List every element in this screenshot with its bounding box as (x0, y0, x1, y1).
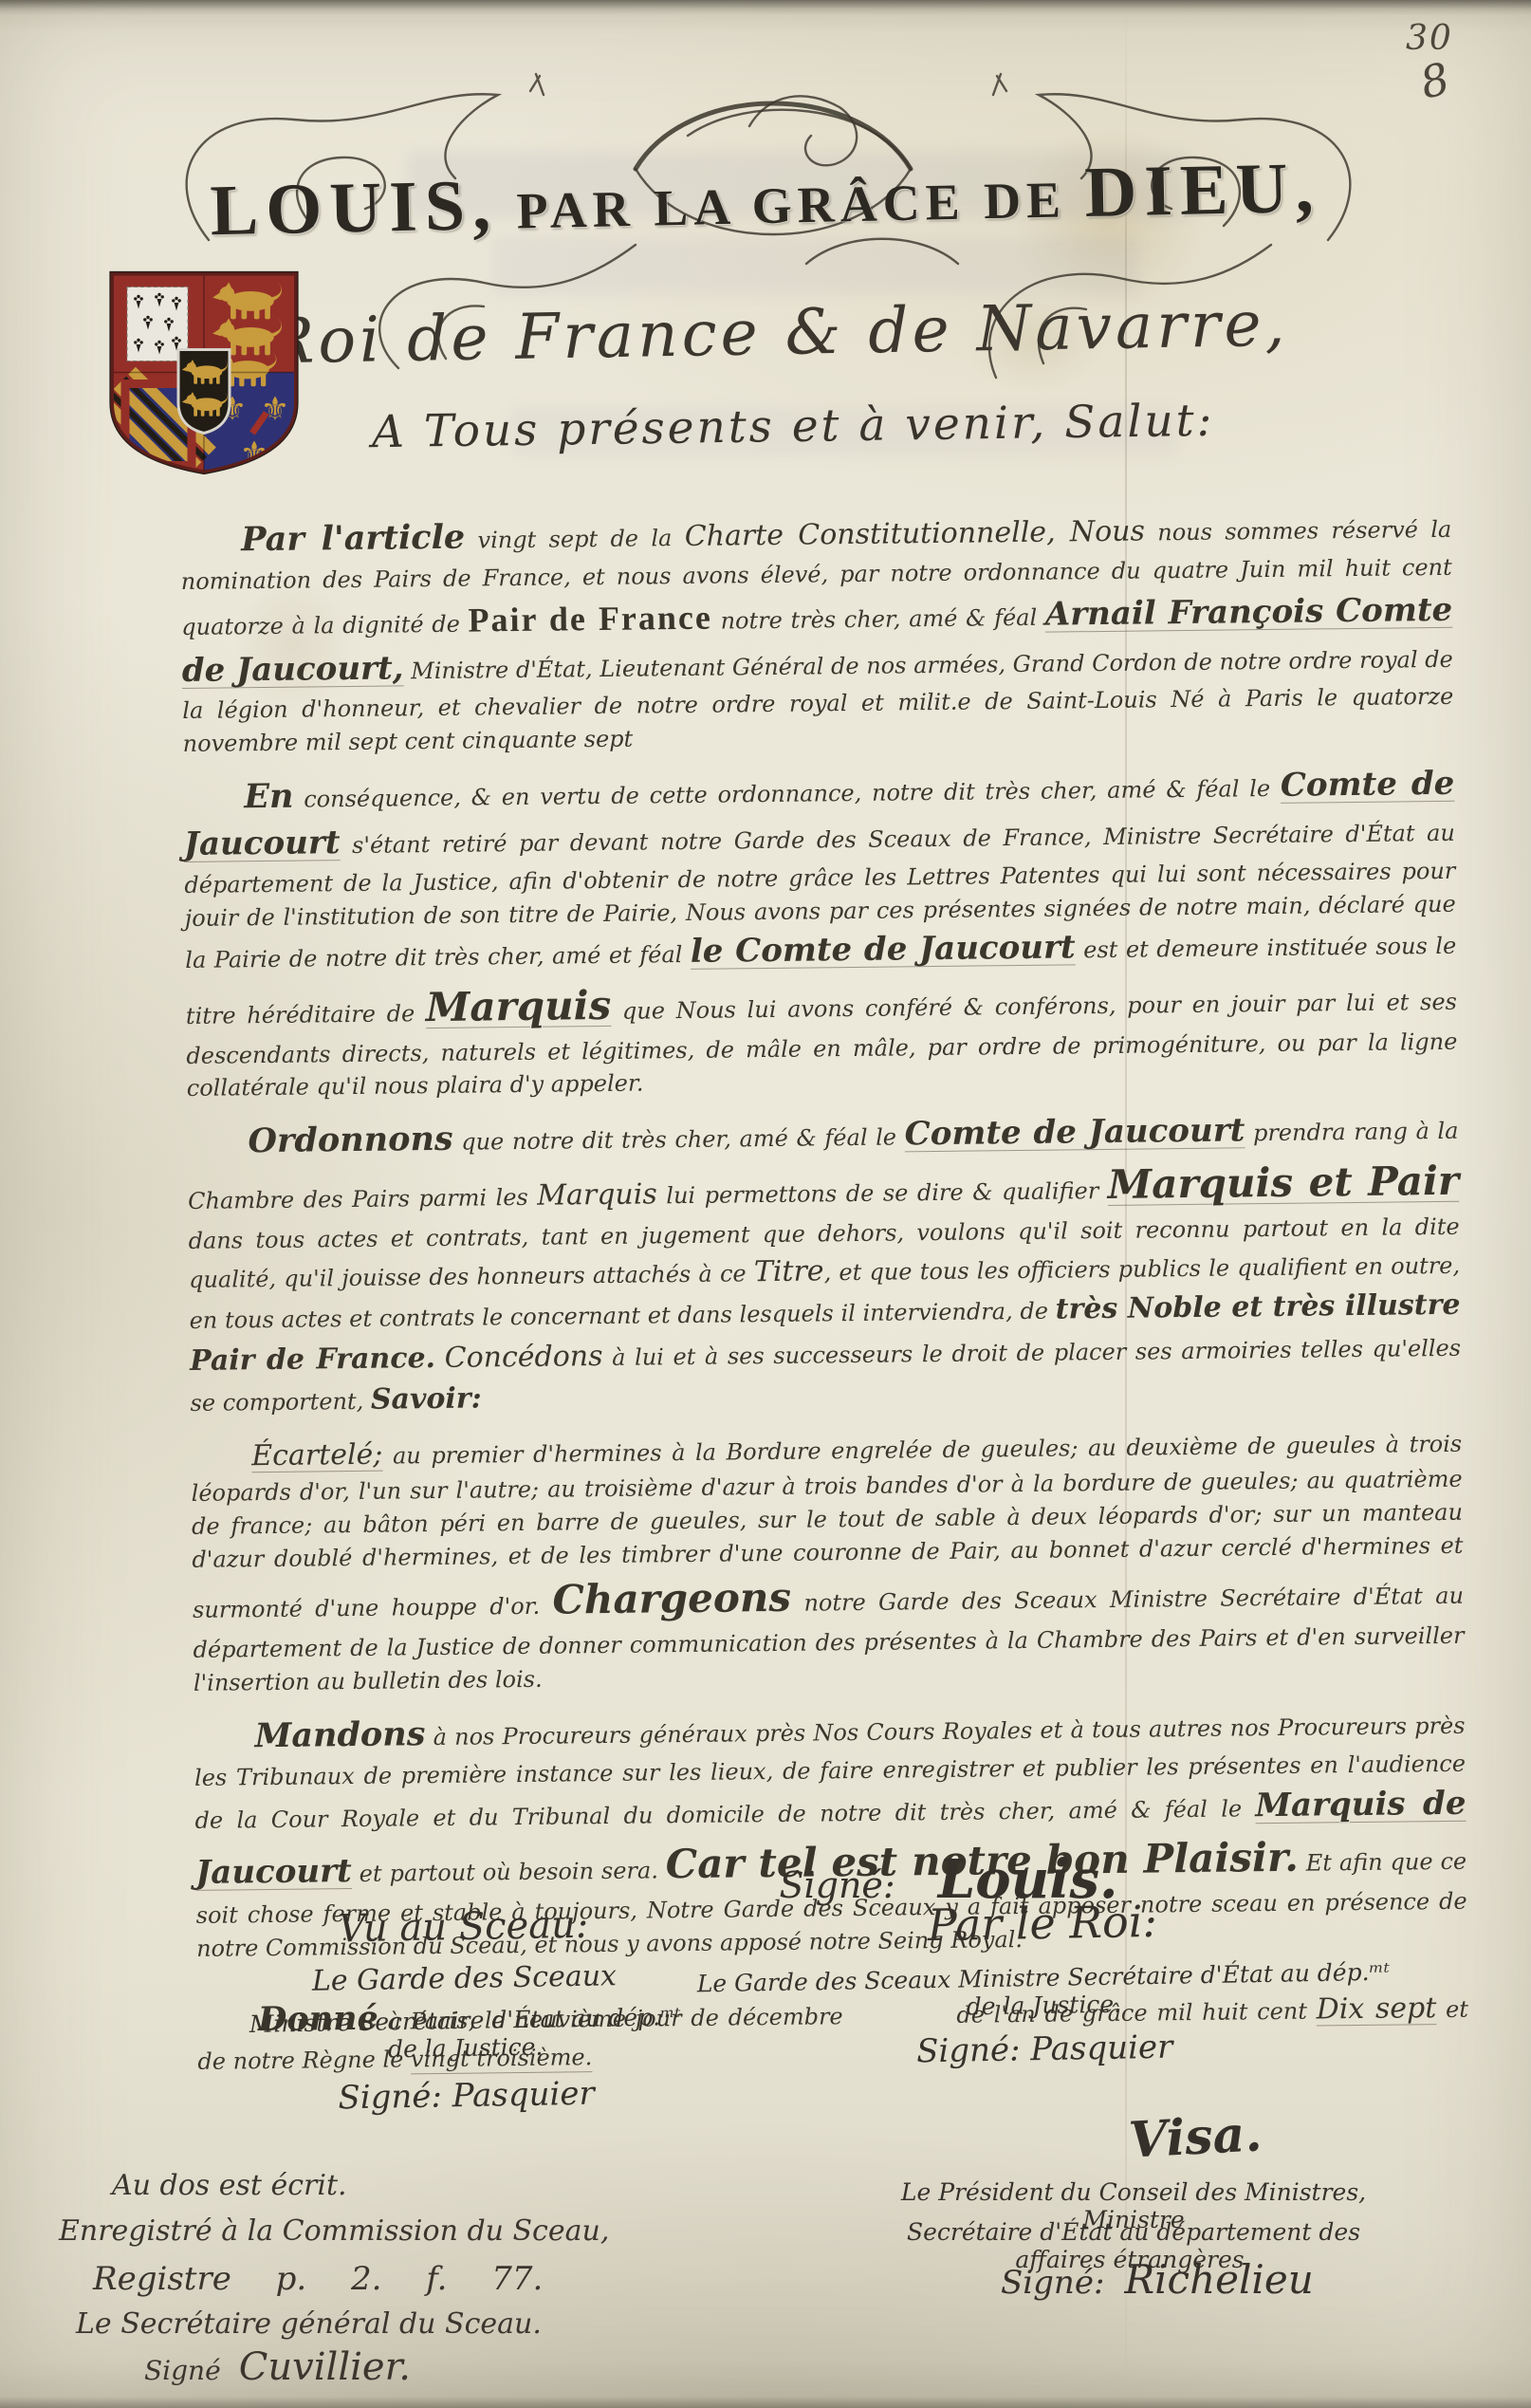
signed-label: Signé: (916, 2030, 1021, 2070)
visa-mark: Visa. (1127, 2104, 1263, 2169)
folio-number: 30 (1406, 19, 1453, 58)
text-segment: Titre (754, 1254, 824, 1288)
page-top-edge-shadow (0, 0, 1531, 15)
signed-label: Signé: (1001, 2264, 1104, 2302)
page-bottom-edge-shadow (0, 2397, 1531, 2408)
text-segment: Savoir: (371, 1382, 482, 1417)
par-le-roi-heading: Par le Roi: (691, 1892, 1393, 1955)
registration-register-line: Registre p. 2. f. 77. (93, 2260, 543, 2298)
richelieu-signature: Richelieu (1110, 2256, 1314, 2303)
ministre-line: Ministre Secrétaire d'État au dép.ᵐᵗ de … (242, 2003, 689, 2065)
inescutcheon (178, 350, 230, 434)
vu-au-sceau-heading: Vu au Sceau: (240, 1901, 687, 1953)
text-segment: Mandons (254, 1714, 425, 1755)
richelieu-signature-line: Signé: Richelieu (1001, 2256, 1314, 2303)
text-segment (435, 1345, 445, 1372)
text-segment: Marquis (537, 1177, 657, 1212)
text-segment: Écartelé; (251, 1437, 383, 1473)
registration-note-heading: Au dos est écrit. (112, 2169, 347, 2202)
text-segment: lui permettons de se dire & qualifier (657, 1177, 1108, 1209)
text-segment: Concédons (444, 1340, 602, 1375)
text-segment: vingt sept de la (465, 525, 685, 554)
registration-secretary-line: Le Secrétaire général du Sceau. (76, 2307, 542, 2341)
seal-attestation-column: Vu au Sceau: Le Garde des Sceaux Ministr… (240, 1901, 690, 2119)
text-segment: Par l'article (241, 518, 465, 560)
body-paragraph: Écartelé; au premier d'hermines à la Bor… (191, 1421, 1465, 1700)
signed-label: Signé: (338, 2077, 442, 2117)
title-word-dieu: DIEU, (1084, 148, 1322, 232)
text-segment: En (244, 776, 294, 816)
text-segment: Pair de France (468, 598, 712, 639)
body-paragraph: Par l'article vingt sept de la Charte Co… (180, 503, 1454, 761)
text-segment: le Comte de Jaucourt (691, 929, 1076, 972)
garde-des-sceaux-line: Le Garde des Sceaux Ministre Secrétaire … (692, 1958, 1395, 2026)
letters-patent-page: 30 8 LOUIS, PAR LA GRÂCE DE DIEU, Roi de… (0, 0, 1531, 2408)
garde-des-sceaux-line: Le Garde des Sceaux (241, 1958, 688, 1999)
ink-bleedthrough (493, 237, 1138, 294)
signed-label: Signé (144, 2355, 221, 2386)
text-segment: Comte de Jaucourt (904, 1111, 1245, 1153)
title-word-louis: LOUIS, (210, 165, 499, 250)
par-le-roi-column: Par le Roi: Le Garde des Sceaux Ministre… (691, 1892, 1395, 2075)
text-segment: que notre dit très cher, amé & féal le (452, 1124, 904, 1156)
pasquier-signature: Pasquier (1030, 2028, 1173, 2069)
folio-mark: 8 (1415, 52, 1454, 108)
text-segment: Charte Constitutionnelle, (685, 516, 1056, 553)
coat-of-arms-jaucourt: ⚜ ⚜ ⚜ (106, 269, 302, 477)
registration-commission-line: Enregistré à la Commission du Sceau, (59, 2214, 609, 2248)
cuvillier-signature: Cuvillier. (226, 2345, 411, 2389)
title-middle: PAR LA GRÂCE DE (498, 171, 1086, 240)
text-segment: Nous (1055, 514, 1145, 548)
svg-text:⚜: ⚜ (261, 391, 289, 429)
text-segment: conséquence, & en vertu de cette ordonna… (293, 775, 1281, 813)
cuvillier-signature-line: Signé Cuvillier. (144, 2345, 411, 2389)
document-title: LOUIS, PAR LA GRÂCE DE DIEU, (0, 143, 1531, 258)
salutation-line: A Tous présents et à venir, Salut: (372, 395, 1215, 458)
body-paragraph: En conséquence, & en vertu de cette ordo… (183, 760, 1458, 1106)
text-segment: Marquis et Pair (1107, 1158, 1459, 1208)
text-segment: Chargeons (552, 1574, 791, 1623)
text-segment: notre très cher, amé & féal (712, 603, 1045, 634)
body-paragraph: Ordonnons que notre dit très cher, amé &… (187, 1104, 1462, 1423)
text-segment: Ordonnons (248, 1120, 453, 1160)
pasquier-signature: Pasquier (452, 2075, 595, 2116)
text-segment: Marquis (426, 982, 612, 1030)
